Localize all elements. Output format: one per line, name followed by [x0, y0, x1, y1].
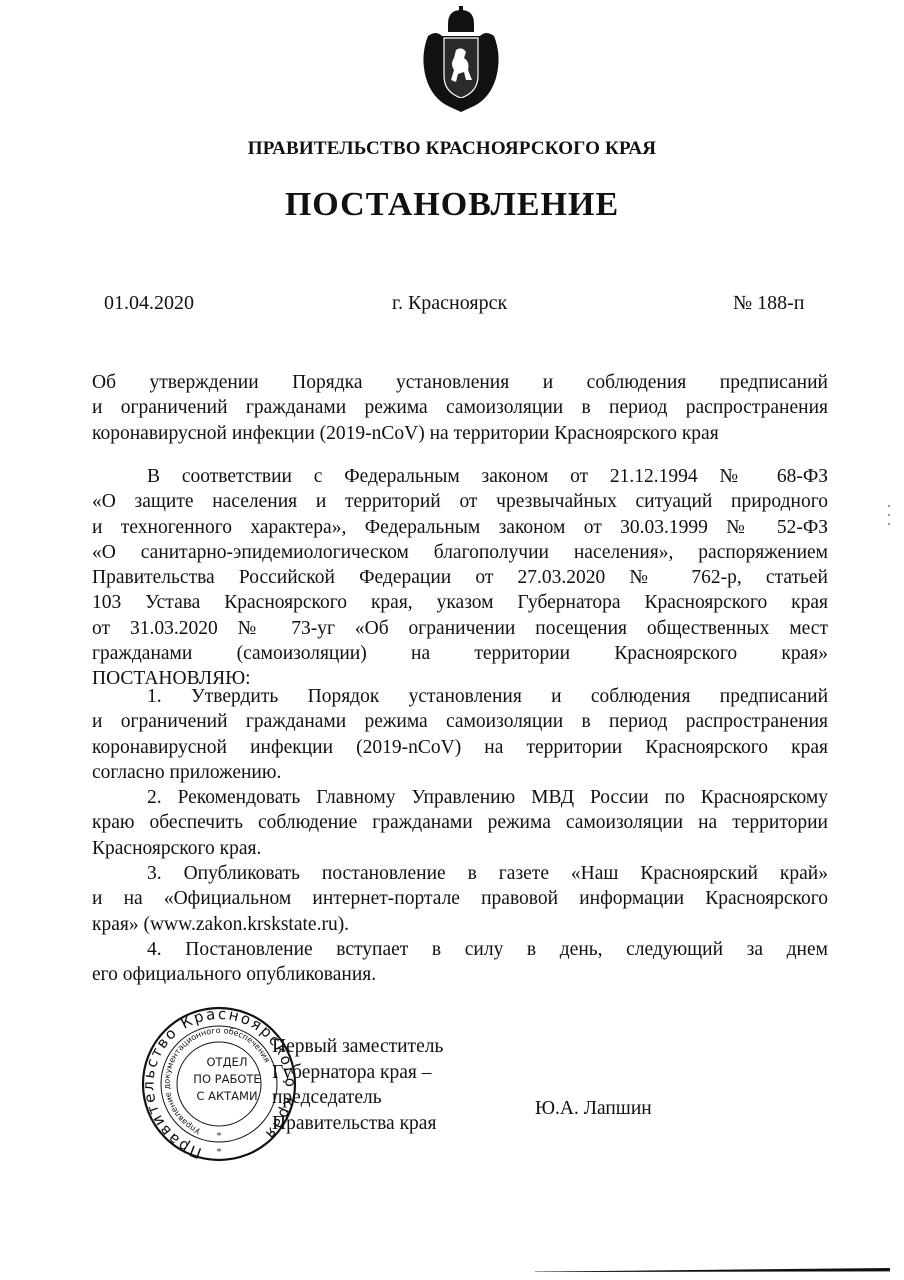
scan-edge-line [535, 1268, 890, 1272]
preamble-line: «О санитарно-эпидемиологическом благопол… [92, 540, 828, 565]
preamble-line: Правительства Российской Федерации от 27… [92, 565, 828, 590]
stamp-mark: * [217, 1131, 222, 1142]
stamp-mark: * [217, 1147, 222, 1158]
document-subject: Об утверждении Порядка установления и со… [92, 370, 828, 446]
stamp-inner-line: ОТДЕЛ [182, 1054, 272, 1071]
position-line: председатель [272, 1085, 443, 1111]
item-line: Красноярского края. [92, 836, 828, 861]
decree-item-3: 3. Опубликовать постановление в газете «… [92, 861, 828, 937]
preamble-line: от 31.03.2020 № 73-уг «Об ограничении по… [92, 616, 828, 641]
subject-line: Об утверждении Порядка установления и со… [92, 370, 828, 395]
decree-item-4: 4. Постановление вступает в силу в день,… [92, 937, 828, 988]
document-type-title: ПОСТАНОВЛЕНИЕ [0, 186, 904, 224]
position-line: Первый заместитель [272, 1034, 443, 1060]
item-line: краю обеспечить соблюдение гражданами ре… [92, 810, 828, 835]
item-line: согласно приложению. [92, 760, 828, 785]
preamble-line: В соответствии с Федеральным законом от … [92, 464, 828, 489]
coat-of-arms-icon [418, 6, 504, 116]
document-city: г. Красноярск [392, 292, 507, 315]
stamp-inner-line: ПО РАБОТЕ [182, 1071, 272, 1088]
scan-margin-marks [888, 505, 892, 532]
preamble-line: «О защите населения и территорий от чрез… [92, 489, 828, 514]
preamble-line: гражданами (самоизоляции) на территории … [92, 641, 828, 666]
decree-items: 1. Утвердить Порядок установления и собл… [92, 684, 828, 988]
item-line: и на «Официальном интернет-портале право… [92, 886, 828, 911]
item-line: коронавирусной инфекции (2019-nCoV) на т… [92, 735, 828, 760]
item-line: 4. Постановление вступает в силу в день,… [92, 937, 828, 962]
item-line: 1. Утвердить Порядок установления и собл… [92, 684, 828, 709]
signatory-name: Ю.А. Лапшин [535, 1098, 652, 1120]
subject-line: коронавирусной инфекции (2019-nCoV) на т… [92, 421, 828, 446]
item-line: 3. Опубликовать постановление в газете «… [92, 861, 828, 886]
item-line: края» (www.zakon.krskstate.ru). [92, 912, 828, 937]
position-line: Правительства края [272, 1111, 443, 1137]
stamp-inner-line: С АКТАМИ [182, 1088, 272, 1105]
position-line: Губернатора края – [272, 1060, 443, 1086]
preamble-line: и техногенного характера», Федеральным з… [92, 515, 828, 540]
document-date: 01.04.2020 [104, 292, 194, 315]
decree-item-2: 2. Рекомендовать Главному Управлению МВД… [92, 785, 828, 861]
stamp-center-text: ОТДЕЛ ПО РАБОТЕ С АКТАМИ [182, 1054, 272, 1105]
item-line: 2. Рекомендовать Главному Управлению МВД… [92, 785, 828, 810]
preamble-paragraph: В соответствии с Федеральным законом от … [92, 464, 828, 692]
item-line: его официального опубликования. [92, 962, 828, 987]
signatory-position: Первый заместитель Губернатора края – пр… [272, 1034, 443, 1136]
decree-item-1: 1. Утвердить Порядок установления и собл… [92, 684, 828, 785]
item-line: и ограничений гражданами режима самоизол… [92, 709, 828, 734]
subject-line: и ограничений гражданами режима самоизол… [92, 395, 828, 420]
organization-title: ПРАВИТЕЛЬСТВО КРАСНОЯРСКОГО КРАЯ [0, 138, 904, 160]
preamble-line: 103 Устава Красноярского края, указом Гу… [92, 590, 828, 615]
document-number: № 188-п [733, 292, 804, 315]
